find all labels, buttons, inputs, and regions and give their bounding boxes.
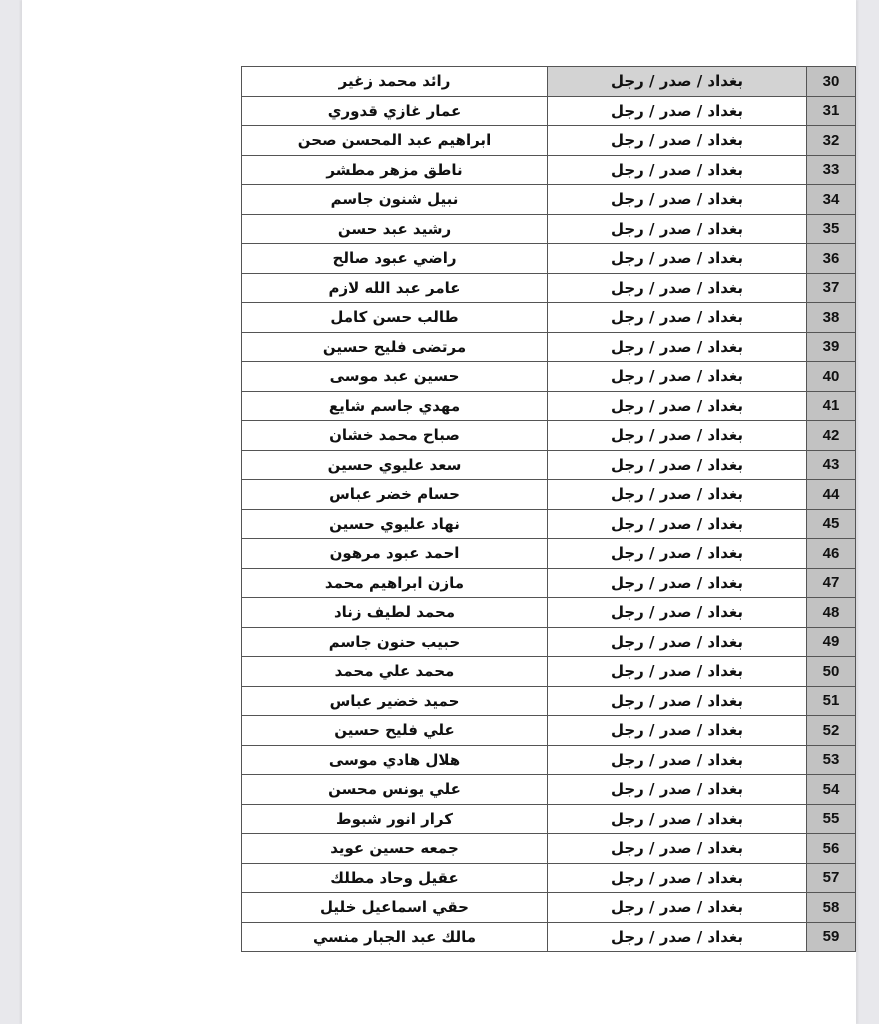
row-number-cell: 32 xyxy=(807,126,856,156)
person-name-cell: ناطق مزهر مطشر xyxy=(242,155,548,185)
location-cell: بغداد / صدر / رجل xyxy=(548,509,807,539)
row-number-cell: 50 xyxy=(807,657,856,687)
person-name-cell: مرتضى فليح حسين xyxy=(242,332,548,362)
location-cell: بغداد / صدر / رجل xyxy=(548,775,807,805)
person-name-cell: هلال هادي موسى xyxy=(242,745,548,775)
person-name-cell: حميد خضير عباس xyxy=(242,686,548,716)
table-row: 41بغداد / صدر / رجلمهدي جاسم شايع xyxy=(242,391,856,421)
table-row: 45بغداد / صدر / رجلنهاد عليوي حسين xyxy=(242,509,856,539)
person-name-cell: عقيل وحاد مطلك xyxy=(242,863,548,893)
row-number-cell: 52 xyxy=(807,716,856,746)
person-name-cell: ابراهيم عبد المحسن صحن xyxy=(242,126,548,156)
location-cell: بغداد / صدر / رجل xyxy=(548,539,807,569)
table-row: 44بغداد / صدر / رجلحسام خضر عباس xyxy=(242,480,856,510)
document-page: 30بغداد / صدر / رجلرائد محمد زغير31بغداد… xyxy=(22,0,856,1024)
row-number-cell: 33 xyxy=(807,155,856,185)
location-cell: بغداد / صدر / رجل xyxy=(548,863,807,893)
location-cell: بغداد / صدر / رجل xyxy=(548,568,807,598)
location-cell: بغداد / صدر / رجل xyxy=(548,893,807,923)
table-row: 38بغداد / صدر / رجلطالب حسن كامل xyxy=(242,303,856,333)
location-cell: بغداد / صدر / رجل xyxy=(548,922,807,952)
location-cell: بغداد / صدر / رجل xyxy=(548,480,807,510)
person-name-cell: جمعه حسين عويد xyxy=(242,834,548,864)
person-name-cell: نهاد عليوي حسين xyxy=(242,509,548,539)
location-cell: بغداد / صدر / رجل xyxy=(548,303,807,333)
location-cell: بغداد / صدر / رجل xyxy=(548,804,807,834)
person-name-cell: عمار غازي قدوري xyxy=(242,96,548,126)
table-row: 52بغداد / صدر / رجلعلي فليح حسين xyxy=(242,716,856,746)
row-number-cell: 41 xyxy=(807,391,856,421)
person-name-cell: محمد علي محمد xyxy=(242,657,548,687)
table-row: 36بغداد / صدر / رجلراضي عبود صالح xyxy=(242,244,856,274)
table-row: 54بغداد / صدر / رجلعلي يونس محسن xyxy=(242,775,856,805)
location-cell: بغداد / صدر / رجل xyxy=(548,745,807,775)
row-number-cell: 53 xyxy=(807,745,856,775)
location-cell: بغداد / صدر / رجل xyxy=(548,421,807,451)
location-cell: بغداد / صدر / رجل xyxy=(548,627,807,657)
location-cell: بغداد / صدر / رجل xyxy=(548,450,807,480)
location-cell: بغداد / صدر / رجل xyxy=(548,67,807,97)
row-number-cell: 46 xyxy=(807,539,856,569)
table-row: 59بغداد / صدر / رجلمالك عبد الجبار منسي xyxy=(242,922,856,952)
row-number-cell: 45 xyxy=(807,509,856,539)
row-number-cell: 57 xyxy=(807,863,856,893)
table-row: 34بغداد / صدر / رجلنبيل شنون جاسم xyxy=(242,185,856,215)
table-row: 39بغداد / صدر / رجلمرتضى فليح حسين xyxy=(242,332,856,362)
person-name-cell: راضي عبود صالح xyxy=(242,244,548,274)
row-number-cell: 36 xyxy=(807,244,856,274)
location-cell: بغداد / صدر / رجل xyxy=(548,244,807,274)
person-name-cell: علي فليح حسين xyxy=(242,716,548,746)
person-name-cell: رائد محمد زغير xyxy=(242,67,548,97)
person-name-cell: حقي اسماعيل خليل xyxy=(242,893,548,923)
location-cell: بغداد / صدر / رجل xyxy=(548,155,807,185)
row-number-cell: 47 xyxy=(807,568,856,598)
row-number-cell: 43 xyxy=(807,450,856,480)
row-number-cell: 35 xyxy=(807,214,856,244)
location-cell: بغداد / صدر / رجل xyxy=(548,214,807,244)
person-name-cell: سعد عليوي حسين xyxy=(242,450,548,480)
person-name-cell: صباح محمد خشان xyxy=(242,421,548,451)
location-cell: بغداد / صدر / رجل xyxy=(548,716,807,746)
person-name-cell: نبيل شنون جاسم xyxy=(242,185,548,215)
location-cell: بغداد / صدر / رجل xyxy=(548,391,807,421)
person-name-cell: عامر عبد الله لازم xyxy=(242,273,548,303)
row-number-cell: 44 xyxy=(807,480,856,510)
row-number-cell: 49 xyxy=(807,627,856,657)
table-row: 56بغداد / صدر / رجلجمعه حسين عويد xyxy=(242,834,856,864)
table-row: 49بغداد / صدر / رجلحبيب حنون جاسم xyxy=(242,627,856,657)
person-name-cell: مالك عبد الجبار منسي xyxy=(242,922,548,952)
table-row: 37بغداد / صدر / رجلعامر عبد الله لازم xyxy=(242,273,856,303)
row-number-cell: 51 xyxy=(807,686,856,716)
table-row: 55بغداد / صدر / رجلكرار انور شبوط xyxy=(242,804,856,834)
row-number-cell: 56 xyxy=(807,834,856,864)
person-name-cell: علي يونس محسن xyxy=(242,775,548,805)
table-row: 42بغداد / صدر / رجلصباح محمد خشان xyxy=(242,421,856,451)
table-row: 33بغداد / صدر / رجلناطق مزهر مطشر xyxy=(242,155,856,185)
table-row: 50بغداد / صدر / رجلمحمد علي محمد xyxy=(242,657,856,687)
person-name-cell: طالب حسن كامل xyxy=(242,303,548,333)
person-name-cell: حبيب حنون جاسم xyxy=(242,627,548,657)
person-name-cell: حسين عبد موسى xyxy=(242,362,548,392)
table-row: 43بغداد / صدر / رجلسعد عليوي حسين xyxy=(242,450,856,480)
table-row: 58بغداد / صدر / رجلحقي اسماعيل خليل xyxy=(242,893,856,923)
table-row: 31بغداد / صدر / رجلعمار غازي قدوري xyxy=(242,96,856,126)
location-cell: بغداد / صدر / رجل xyxy=(548,657,807,687)
row-number-cell: 48 xyxy=(807,598,856,628)
names-table: 30بغداد / صدر / رجلرائد محمد زغير31بغداد… xyxy=(241,66,856,952)
table-row: 47بغداد / صدر / رجلمازن ابراهيم محمد xyxy=(242,568,856,598)
person-name-cell: محمد لطيف زناد xyxy=(242,598,548,628)
person-name-cell: مهدي جاسم شايع xyxy=(242,391,548,421)
row-number-cell: 38 xyxy=(807,303,856,333)
table-row: 35بغداد / صدر / رجلرشيد عبد حسن xyxy=(242,214,856,244)
person-name-cell: رشيد عبد حسن xyxy=(242,214,548,244)
table-row: 53بغداد / صدر / رجلهلال هادي موسى xyxy=(242,745,856,775)
table-row: 48بغداد / صدر / رجلمحمد لطيف زناد xyxy=(242,598,856,628)
names-table-body: 30بغداد / صدر / رجلرائد محمد زغير31بغداد… xyxy=(242,67,856,952)
row-number-cell: 30 xyxy=(807,67,856,97)
row-number-cell: 59 xyxy=(807,922,856,952)
row-number-cell: 55 xyxy=(807,804,856,834)
location-cell: بغداد / صدر / رجل xyxy=(548,273,807,303)
table-row: 40بغداد / صدر / رجلحسين عبد موسى xyxy=(242,362,856,392)
location-cell: بغداد / صدر / رجل xyxy=(548,96,807,126)
person-name-cell: مازن ابراهيم محمد xyxy=(242,568,548,598)
row-number-cell: 37 xyxy=(807,273,856,303)
table-row: 46بغداد / صدر / رجلاحمد عبود مرهون xyxy=(242,539,856,569)
table-row: 32بغداد / صدر / رجلابراهيم عبد المحسن صح… xyxy=(242,126,856,156)
table-row: 51بغداد / صدر / رجلحميد خضير عباس xyxy=(242,686,856,716)
location-cell: بغداد / صدر / رجل xyxy=(548,834,807,864)
location-cell: بغداد / صدر / رجل xyxy=(548,362,807,392)
person-name-cell: كرار انور شبوط xyxy=(242,804,548,834)
person-name-cell: احمد عبود مرهون xyxy=(242,539,548,569)
location-cell: بغداد / صدر / رجل xyxy=(548,332,807,362)
row-number-cell: 40 xyxy=(807,362,856,392)
person-name-cell: حسام خضر عباس xyxy=(242,480,548,510)
row-number-cell: 39 xyxy=(807,332,856,362)
location-cell: بغداد / صدر / رجل xyxy=(548,185,807,215)
row-number-cell: 54 xyxy=(807,775,856,805)
location-cell: بغداد / صدر / رجل xyxy=(548,126,807,156)
row-number-cell: 58 xyxy=(807,893,856,923)
row-number-cell: 42 xyxy=(807,421,856,451)
table-row: 57بغداد / صدر / رجلعقيل وحاد مطلك xyxy=(242,863,856,893)
row-number-cell: 31 xyxy=(807,96,856,126)
location-cell: بغداد / صدر / رجل xyxy=(548,686,807,716)
row-number-cell: 34 xyxy=(807,185,856,215)
location-cell: بغداد / صدر / رجل xyxy=(548,598,807,628)
table-row: 30بغداد / صدر / رجلرائد محمد زغير xyxy=(242,67,856,97)
